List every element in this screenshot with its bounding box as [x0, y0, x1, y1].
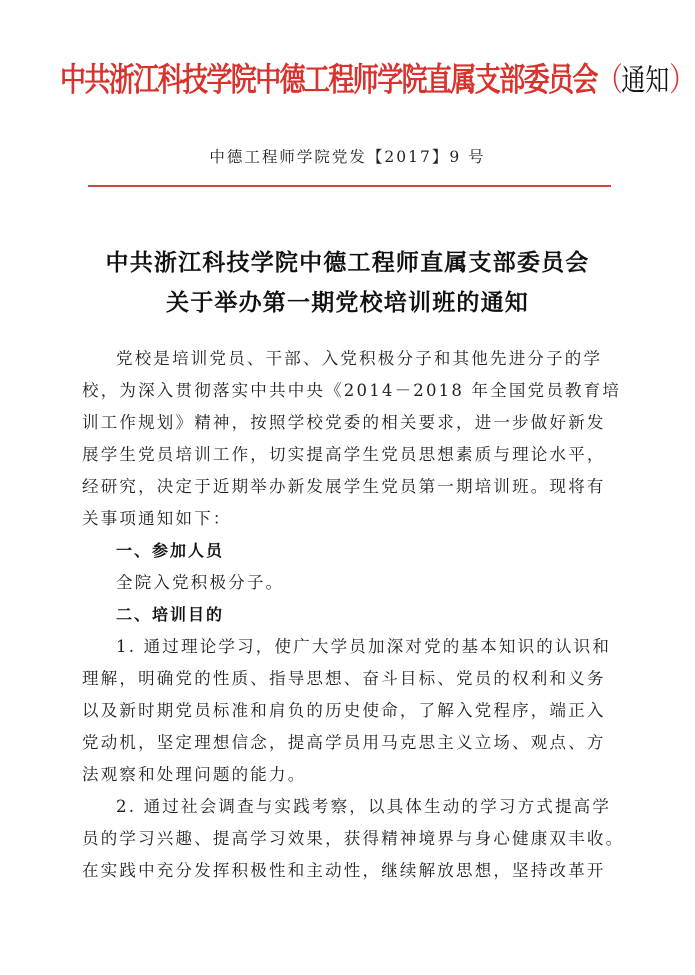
section-heading-participants: 一、参加人员: [82, 535, 622, 567]
body-line: 员的学习兴趣、提高学习效果，获得精神境界与身心健康双丰收。: [82, 823, 622, 855]
document-page: 中共浙江科技学院中德工程师学院直属支部委员会（通知） 中德工程师学院党发【201…: [0, 0, 695, 975]
body-line: 校，为深入贯彻落实中共中央《2014－2018 年全国党员教育培: [82, 375, 622, 407]
letterhead-paren-close: ）: [669, 62, 693, 100]
document-title-line-2: 关于举办第一期党校培训班的通知: [0, 284, 695, 317]
letterhead-doc-type: 通知: [621, 63, 669, 98]
body-line: 党动机，坚定理想信念，提高学员用马克思主义立场、观点、方: [82, 727, 622, 759]
body-line: 经研究，决定于近期举办新发展学生党员第一期培训班。现将有: [82, 471, 622, 503]
body-line: 全院入党积极分子。: [82, 567, 622, 599]
body-line: 法观察和处理问题的能力。: [82, 759, 622, 791]
red-letterhead: 中共浙江科技学院中德工程师学院直属支部委员会（通知）: [60, 54, 640, 100]
section-heading-training-goals: 二、培训目的: [82, 599, 622, 631]
letterhead-paren-open: （: [597, 62, 621, 100]
body-line: 展学生党员培训工作，切实提高学生党员思想素质与理论水平，: [82, 439, 622, 471]
body-line: 在实践中充分发挥积极性和主动性，继续解放思想，坚持改革开: [82, 855, 622, 887]
document-number: 中德工程师学院党发【2017】9 号: [0, 145, 695, 167]
body-line: 训工作规划》精神，按照学校党委的相关要求，进一步做好新发: [82, 407, 622, 439]
body-line: 1. 通过理论学习，使广大学员加深对党的基本知识的认识和: [82, 631, 622, 663]
red-divider-rule: [88, 185, 611, 187]
letterhead-org-name: 中共浙江科技学院中德工程师学院直属支部委员会: [60, 62, 597, 100]
document-body: 党校是培训党员、干部、入党积极分子和其他先进分子的学 校，为深入贯彻落实中共中央…: [82, 343, 622, 887]
document-title-line-1: 中共浙江科技学院中德工程师直属支部委员会: [0, 244, 695, 277]
body-line: 以及新时期党员标准和肩负的历史使命，了解入党程序，端正入: [82, 695, 622, 727]
body-line: 2. 通过社会调查与实践考察，以具体生动的学习方式提高学: [82, 791, 622, 823]
body-line: 关事项通知如下：: [82, 503, 622, 535]
body-line: 党校是培训党员、干部、入党积极分子和其他先进分子的学: [82, 343, 622, 375]
body-line: 理解，明确党的性质、指导思想、奋斗目标、党员的权利和义务: [82, 663, 622, 695]
